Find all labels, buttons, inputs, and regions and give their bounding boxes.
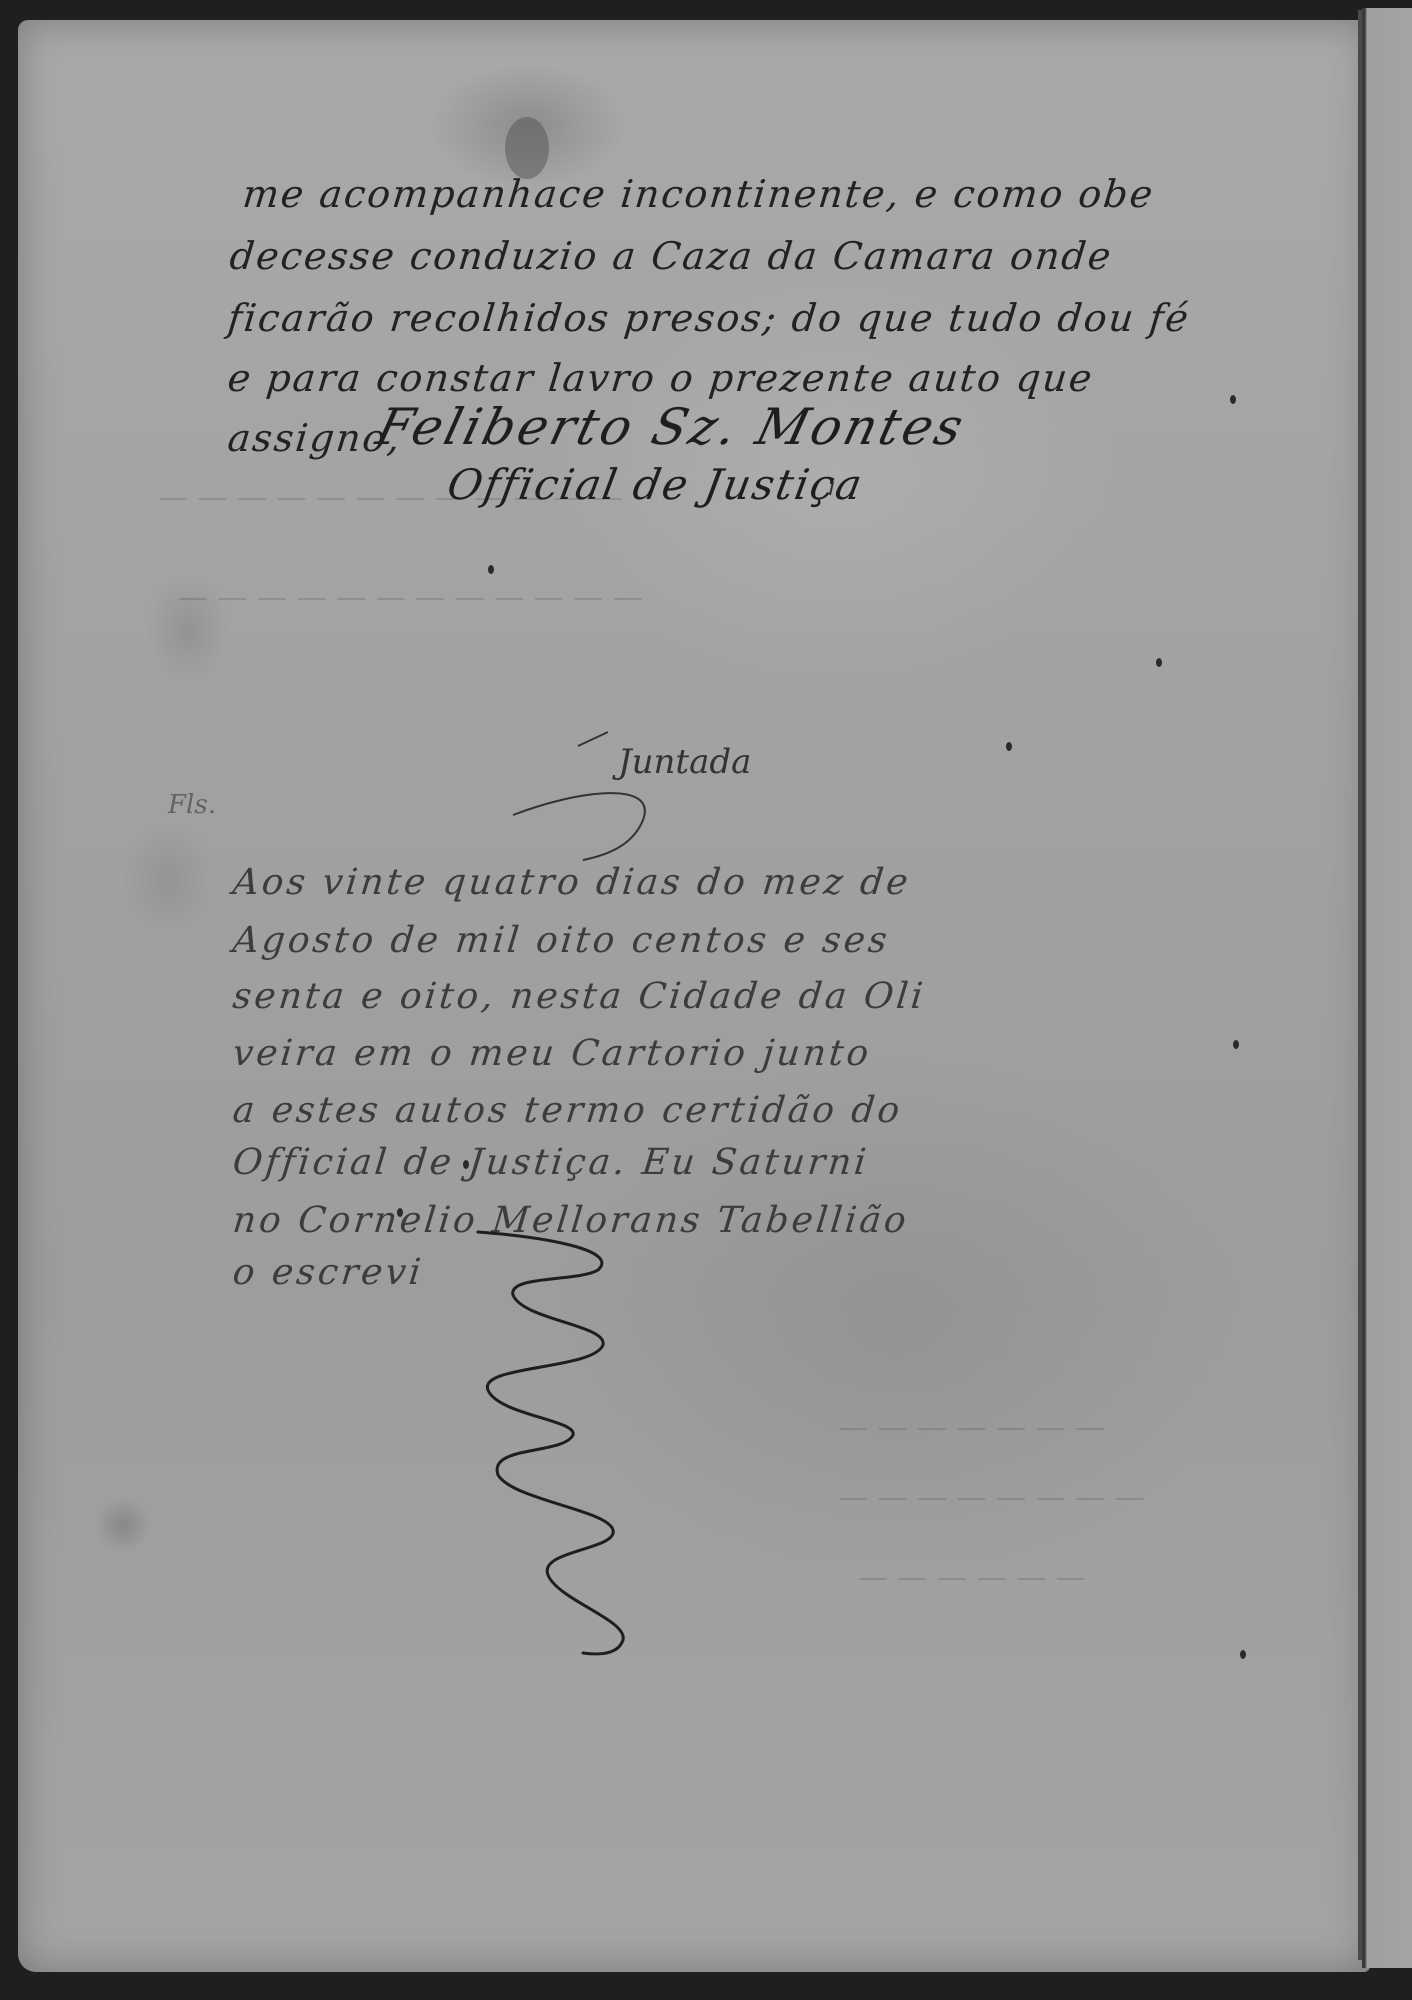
text-line: decesse conduzio a Caza da Camara onde	[228, 234, 1115, 278]
signature-name: Feliberto Sz. Montes	[371, 398, 972, 456]
text-line: ficarão recolhidos presos; do que tudo d…	[226, 296, 1193, 340]
text-line: e para constar lavro o prezente auto que	[226, 356, 1096, 400]
text-line: Official de Justiça. Eu Saturni	[231, 1142, 871, 1183]
adjacent-page-edge	[1362, 8, 1412, 1968]
manuscript-page: — — — — — — — — — — — — — — — — — — — — …	[18, 20, 1370, 1972]
text-line: o escrevi	[231, 1252, 426, 1293]
text-line: a estes autos termo certidão do	[231, 1090, 905, 1131]
margin-note: Fls.	[168, 790, 216, 820]
text-line: Agosto de mil oito centos e ses	[231, 920, 892, 961]
handwritten-text: me acompanhace incontinente, e como obe …	[18, 20, 1370, 1972]
text-line: veira em o meu Cartorio junto	[231, 1033, 874, 1074]
text-line: me acompanhace incontinente, e como obe	[241, 172, 1157, 216]
text-line: Aos vinte quatro dias do mez de	[231, 862, 913, 903]
text-line: no Cornelio Mellorans Tabellião	[231, 1200, 911, 1241]
signature-title: Official de Justiça	[444, 460, 868, 509]
section-heading: Juntada	[618, 742, 751, 782]
text-line: senta e oito, nesta Cidade da Oli	[231, 976, 928, 1017]
